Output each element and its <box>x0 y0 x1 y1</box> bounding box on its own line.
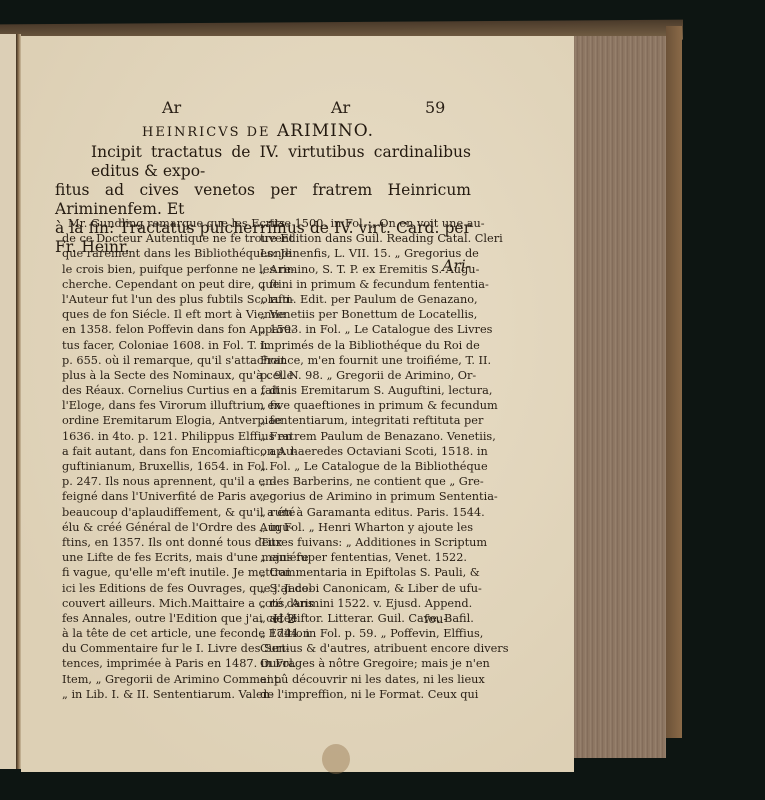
text-line: fi vague, qu'elle m'eft inutile. Je mett… <box>62 565 258 580</box>
text-line: l'Auteur fut l'un des plus fubtils Scola… <box>62 292 258 307</box>
text-line: „ Arimino, S. T. P. ex Eremitis S. Augu- <box>260 262 456 277</box>
text-line: Titres fuivans: „ Additiones in Scriptum <box>260 535 456 550</box>
text-line: „ fententiarum, integritati reftituta pe… <box>260 413 456 428</box>
text-line: „ S. Jacobi Canonicam, & Liber de ufu- <box>260 581 456 596</box>
text-line: élu & créé Général de l'Ordre des Augu- <box>62 520 258 535</box>
text-line: beaucoup d'aplaudiffement, & qu'il a été <box>62 505 258 520</box>
text-line: „ Fol. „ Le Catalogue de la Bibliothéque <box>260 459 456 474</box>
running-head-center: Ar <box>331 98 350 117</box>
text-line: ai pû découvrir ni les dates, ni les lie… <box>260 672 456 687</box>
text-line: guftinianum, Bruxellis, 1654. in Fol. <box>62 459 258 474</box>
text-line: fes Annales, outre l'Edition que j'ai co… <box>62 611 258 626</box>
text-line: tus facer, Coloniae 1608. in Fol. T. I. <box>62 338 258 353</box>
left-page-edge <box>0 34 17 769</box>
text-line: „ ris, Arimini 1522. v. Ejusd. Append. <box>260 596 456 611</box>
text-line: de ce Docteur Autentique ne fe trouvent <box>62 231 258 246</box>
text-line: plus à la Secte des Nominaux, qu'à celle <box>62 368 258 383</box>
text-line: „ ejus fuper fententias, Venet. 1522. <box>260 550 456 565</box>
text-line: Londinenfis, L. VII. 15. „ Gregorius de <box>260 246 456 261</box>
text-line: „ gorius de Arimino in primum Sententia- <box>260 489 456 504</box>
page-block-fore-edge <box>574 36 666 758</box>
text-line: que rarement dans les Bibliothéques: Je <box>62 246 258 261</box>
book-cover-side <box>666 26 682 738</box>
entry-title: HEINRICVS DE ARIMINO. <box>142 121 374 141</box>
text-line: p. 247. Ils nous aprennent, qu'il a en- <box>62 474 258 489</box>
text-line: ftins, en 1357. Ils ont donné tous deux <box>62 535 258 550</box>
text-line: tences, imprimée à Paris en 1487. in Fol… <box>62 656 258 671</box>
text-line: du Commentaire fur le I. Livre des Sen- <box>62 641 258 656</box>
text-line: imprimés de la Bibliothéque du Roi de <box>260 338 456 353</box>
text-line: „ Commentaria in Epiftolas S. Pauli, & <box>260 565 456 580</box>
text-line: „ des Barberins, ne contient que „ Gre- <box>260 474 456 489</box>
text-line: Ouvrages à nôtre Gregoire; mais je n'en <box>260 656 456 671</box>
text-line: ordine Eremitarum Elogia, Antverpiae <box>62 413 258 428</box>
text-line: „ 1744. in Fol. p. 59. „ Poffevin, Elffi… <box>260 626 456 641</box>
text-line: Curtius & d'autres, atribuent encore div… <box>260 641 456 656</box>
entry-title-name: HEINRICVS DE <box>142 125 271 140</box>
text-line: „ ftini in primum & fecundum fententia- <box>260 277 456 292</box>
text-line: „ in Fol. „ Henri Wharton y ajoute les <box>260 520 456 535</box>
text-line: „ ap. haeredes Octaviani Scoti, 1518. in <box>260 444 456 459</box>
text-line: Item, „ Gregorii de Arimino Comment. <box>62 672 258 687</box>
text-line: a fait autant, dans fon Encomiafticon Au… <box>62 444 258 459</box>
text-line: „ rum à Garamanta editus. Paris. 1544. <box>260 505 456 520</box>
text-line: „ five quaeftiones in primum & fecundum <box>260 398 456 413</box>
text-line: à la tête de cet article, une feconde Ed… <box>62 626 258 641</box>
text-line: ques de fon Siécle. Il eft mort à Vienne <box>62 307 258 322</box>
text-line: „ in Lib. I. & II. Sententiarum. Valen- <box>62 687 258 702</box>
text-line: „ Fratrem Paulum de Benazano. Venetiis, <box>260 429 456 444</box>
text-line: ici les Editions de fes Ouvrages, que j'… <box>62 581 258 596</box>
book-photograph: Ar Ar 59 HEINRICVS DE ARIMINO. Incipit t… <box>0 0 765 800</box>
text-line: „ Venetiis per Bonettum de Locatellis, <box>260 307 456 322</box>
text-line: en 1358. felon Poffevin dans fon Appara- <box>62 322 258 337</box>
text-line: l'Eloge, dans fes Virorum illuftrium ex <box>62 398 258 413</box>
text-line: le crois bien, puifque perfonne ne les r… <box>62 262 258 277</box>
text-line: p. 9. N. 98. „ Gregorii de Arimino, Or- <box>260 368 456 383</box>
text-line: „ dinis Eremitarum S. Auguftini, lectura… <box>260 383 456 398</box>
signature-mark: H 2 <box>273 612 295 626</box>
text-line: tre Edition dans Guil. Reading Catal. Cl… <box>260 231 456 246</box>
incipit-line: fitus ad cives venetos per fratrem Heinr… <box>55 181 471 219</box>
paper-stain <box>322 744 350 774</box>
text-column-left: Mr. Gundling remarque que les Ecrits de … <box>62 216 258 702</box>
text-line: p. 655. où il remarque, qu'il s'attachoi… <box>62 353 258 368</box>
running-head-left: Ar <box>162 98 181 117</box>
text-line: une Lifte de fes Ecrits, mais d'une mani… <box>62 550 258 565</box>
text-line: feigné dans l'Univerfité de Paris avec <box>62 489 258 504</box>
text-line: „ tiae 1500. in Fol. „ On en voit une au… <box>260 216 456 231</box>
text-line: Mr. Gundling remarque que les Ecrits <box>62 216 258 231</box>
catchword: fou- <box>424 612 447 626</box>
text-line: des Réaux. Cornelius Curtius en a fait <box>62 383 258 398</box>
text-line: „ 1503. in Fol. „ Le Catalogue des Livre… <box>260 322 456 337</box>
text-line: cherche. Cependant on peut dire, que <box>62 277 258 292</box>
page-number: 59 <box>425 98 445 117</box>
text-line: couvert ailleurs. Mich.Maittaire a coté … <box>62 596 258 611</box>
text-line: France, m'en fournit une troifiéme, T. I… <box>260 353 456 368</box>
text-line: de l'impreffion, ni le Format. Ceux qui <box>260 687 456 702</box>
incipit-line: Incipit tractatus de IV. virtutibus card… <box>55 143 471 181</box>
text-line: „ rum. Edit. per Paulum de Genazano, <box>260 292 456 307</box>
entry-title-place: ARIMINO. <box>277 121 374 141</box>
text-column-right: „ tiae 1500. in Fol. „ On en voit une au… <box>260 216 456 702</box>
text-line: 1636. in 4to. p. 121. Philippus Elffius … <box>62 429 258 444</box>
